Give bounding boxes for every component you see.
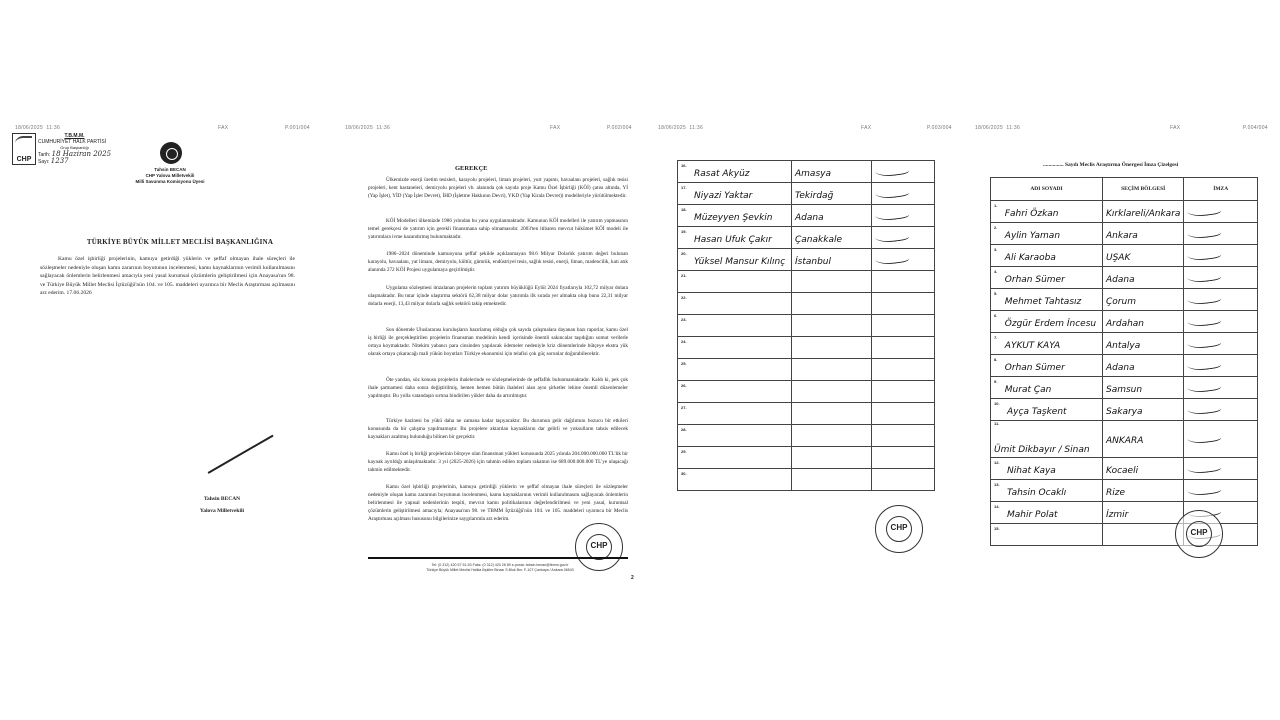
region-cell (792, 337, 872, 359)
name-cell: 28. (678, 425, 792, 447)
table-row: 19. Hasan Ufuk ÇakırÇanakkale (678, 227, 935, 249)
fax-header-left: 18/06/2025 11:36 (15, 125, 60, 131)
handwritten-region: Tekirdağ (795, 191, 833, 201)
row-number: 12. (994, 458, 1000, 465)
registry-stamp: T.B.M.M. CUMHURİYET HALK PARTİSİ Grup Ba… (38, 133, 111, 165)
name-cell: 23. (678, 315, 792, 337)
fax-header-page: P.001/004 (285, 125, 310, 131)
table-row: 11. Ümit Dikbayır / SinanANKARA (991, 421, 1258, 458)
row-number: 30. (681, 469, 687, 476)
chp-group-stamp: CHP (1175, 510, 1223, 558)
region-cell: Kocaeli (1103, 458, 1184, 480)
signature-cell (872, 183, 935, 205)
signature-cell (872, 359, 935, 381)
signature-cell (872, 293, 935, 315)
name-cell: 4. Orhan Sümer (991, 267, 1103, 289)
name-cell: 11. Ümit Dikbayır / Sinan (991, 421, 1103, 458)
signature-table: ADI SOYADI SEÇİM BÖLGESİ İMZA 1. Fahri Ö… (990, 177, 1258, 546)
region-cell: ANKARA (1103, 421, 1184, 458)
handwritten-name: Fahri Özkan (1005, 209, 1059, 219)
handwritten-name: Ümit Dikbayır / Sinan (994, 445, 1090, 455)
paragraph: 1986–2024 döneminde kamuoyuna şeffaf şek… (368, 251, 628, 275)
handwritten-name: Özgür Erdem İncesu (1005, 319, 1096, 329)
region-cell: Adana (1103, 267, 1184, 289)
handwritten-region: Adana (1106, 275, 1135, 285)
name-cell: 17. Niyazi Yaktar (678, 183, 792, 205)
handwritten-region: Çorum (1106, 297, 1136, 307)
handwritten-name: Murat Çan (1005, 385, 1052, 395)
handwritten-name: Yüksel Mansur Kılınç (694, 257, 785, 267)
table-row: 25. (678, 359, 935, 381)
signature-scribble (874, 228, 909, 244)
paragraph: KÖİ Modelleri ülkemizde 1986 yılından bu… (368, 218, 628, 242)
handwritten-region: UŞAK (1106, 253, 1130, 263)
signature-scribble (874, 184, 909, 200)
row-number: 15. (994, 524, 1000, 531)
row-number: 1. (994, 201, 997, 208)
region-cell: Samsun (1103, 377, 1184, 399)
row-number: 2. (994, 223, 997, 230)
table-row: 3. Ali KaraobaUŞAK (991, 245, 1258, 267)
table-row: 8. Orhan SümerAdana (991, 355, 1258, 377)
signature-scribble (1187, 481, 1222, 497)
fax-header-left: 18/06/2025 11:36 (975, 125, 1020, 131)
row-number: 17. (681, 183, 687, 190)
row-number: 13. (994, 480, 1000, 487)
handwritten-name: Mahir Polat (1007, 510, 1058, 520)
name-cell: 22. (678, 293, 792, 315)
name-cell: 9. Murat Çan (991, 377, 1103, 399)
tbmm-seal-icon (160, 142, 182, 164)
name-cell: 24. (678, 337, 792, 359)
signature-scribble (1187, 224, 1222, 240)
region-cell: UŞAK (1103, 245, 1184, 267)
fax-header-page: P.003/004 (927, 125, 952, 131)
signature-cell (1184, 399, 1258, 421)
name-cell: 7. AYKUT KAYA (991, 333, 1103, 355)
handwritten-name: AYKUT KAYA (1005, 341, 1060, 351)
table-row: 22. (678, 293, 935, 315)
signature-cell (1184, 201, 1258, 223)
name-cell: 20. Yüksel Mansur Kılınç (678, 249, 792, 271)
signature-cell (1184, 245, 1258, 267)
signature-cell (872, 315, 935, 337)
name-cell: 30. (678, 469, 792, 491)
region-cell: Kırklareli/Ankara (1103, 201, 1184, 223)
letter-title: TÜRKİYE BÜYÜK MİLLET MECLİSİ BAŞKANLIĞIN… (55, 238, 305, 246)
name-cell: 12. Nihat Kaya (991, 458, 1103, 480)
signature-scribble (874, 250, 909, 266)
name-cell: 6. Özgür Erdem İncesu (991, 311, 1103, 333)
signature-scribble (1187, 202, 1222, 218)
paragraph: Kamu özel işbirliği projelerinin, kamuya… (368, 484, 628, 524)
handwritten-name: Orhan Sümer (1005, 275, 1065, 285)
table-row: 20. Yüksel Mansur Kılınçİstanbul (678, 249, 935, 271)
region-cell (792, 403, 872, 425)
name-cell: 18. Müzeyyen Şevkin (678, 205, 792, 227)
row-number: 20. (681, 249, 687, 256)
fax-header-mid: FAX (1170, 125, 1180, 131)
handwritten-name: Hasan Ufuk Çakır (694, 235, 772, 245)
paragraph: Son dönemde Uluslararası kuruluşların ha… (368, 327, 628, 359)
table-row: 7. AYKUT KAYAAntalya (991, 333, 1258, 355)
page-number: 2 (631, 575, 634, 581)
name-cell: 27. (678, 403, 792, 425)
signature-table: 16. Rasat AkyüzAmasya17. Niyazi YaktarTe… (677, 160, 935, 491)
signature-cell (872, 425, 935, 447)
name-cell: 19. Hasan Ufuk Çakır (678, 227, 792, 249)
table-row: 26. (678, 381, 935, 403)
page-1-cover-letter: 18/06/2025 11:36 FAX P.001/004 CHP T.B.M… (0, 115, 330, 595)
name-cell: 3. Ali Karaoba (991, 245, 1103, 267)
signer-block: Tahsin BECAN Yalova Milletvekili (192, 493, 252, 517)
table-row: 30. (678, 469, 935, 491)
page-3-signature-sheet: 18/06/2025 11:36 FAX P.003/004 16. Rasat… (655, 115, 975, 595)
table-row: 6. Özgür Erdem İncesuArdahan (991, 311, 1258, 333)
row-number: 18. (681, 205, 687, 212)
name-cell: 14. Mahir Polat (991, 502, 1103, 524)
name-cell: 29. (678, 447, 792, 469)
signature-cell (1184, 355, 1258, 377)
handwritten-region: Samsun (1106, 385, 1142, 395)
signature-cell (1184, 480, 1258, 502)
row-number: 5. (994, 289, 997, 296)
region-cell: Amasya (792, 161, 872, 183)
signature-cell (1184, 458, 1258, 480)
handwritten-name: Nihat Kaya (1007, 466, 1056, 476)
name-cell: 16. Rasat Akyüz (678, 161, 792, 183)
signature-cell (872, 403, 935, 425)
row-number: 6. (994, 311, 997, 318)
row-number: 8. (994, 355, 997, 362)
handwritten-region: Amasya (795, 169, 831, 179)
table-row: 28. (678, 425, 935, 447)
row-number: 4. (994, 267, 997, 274)
row-number: 25. (681, 359, 687, 366)
paragraph: Kamu özel iş birliği projelerinin bütçey… (368, 451, 628, 475)
handwritten-region: İstanbul (795, 257, 831, 267)
row-number: 10. (994, 399, 1000, 406)
row-number: 11. (994, 419, 999, 426)
handwritten-region: Sakarya (1106, 407, 1143, 417)
handwritten-region: Antalya (1106, 341, 1140, 351)
name-cell: 5. Mehmet Tahtasız (991, 289, 1103, 311)
handwritten-region: Ankara (1106, 231, 1138, 241)
region-cell: Sakarya (1103, 399, 1184, 421)
region-cell (1103, 524, 1184, 546)
region-cell (792, 315, 872, 337)
region-cell: Çorum (1103, 289, 1184, 311)
region-cell (792, 359, 872, 381)
row-number: 29. (681, 447, 687, 454)
signature-scribble (1187, 400, 1222, 416)
signature-scribble (874, 206, 909, 222)
region-cell: Adana (792, 205, 872, 227)
table-row: 29. (678, 447, 935, 469)
signature-cell (872, 161, 935, 183)
table-row: 5. Mehmet TahtasızÇorum (991, 289, 1258, 311)
handwritten-region: Adana (1106, 363, 1135, 373)
signature-cell (872, 249, 935, 271)
row-number: 14. (994, 502, 1000, 509)
fax-header-mid: FAX (218, 125, 228, 131)
region-cell (792, 447, 872, 469)
page-footer: Tel: (0 312) 420 57 51-53 Faks: (0 312) … (375, 563, 625, 573)
region-cell (792, 293, 872, 315)
row-number: 27. (681, 403, 687, 410)
chp-group-stamp: CHP (875, 505, 923, 553)
signature-scribble (1187, 268, 1222, 284)
column-header-region: SEÇİM BÖLGESİ (1103, 178, 1184, 201)
signature-cell (1184, 289, 1258, 311)
row-number: 26. (681, 381, 687, 388)
signature-cell (1184, 421, 1258, 458)
paragraph: Öte yandan, söz konusu projelerin ihalel… (368, 377, 628, 401)
name-cell: 25. (678, 359, 792, 381)
signature-scribble (1187, 356, 1222, 372)
signature-cell (1184, 333, 1258, 355)
table-row: 24. (678, 337, 935, 359)
handwritten-name: Tahsin Ocaklı (1007, 488, 1066, 498)
signature-scribble (874, 162, 909, 178)
handwritten-region: ANKARA (1106, 436, 1143, 446)
fax-header-mid: FAX (550, 125, 560, 131)
fax-header-left: 18/06/2025 11:36 (345, 125, 390, 131)
name-cell: 1. Fahri Özkan (991, 201, 1103, 223)
handwritten-region: Kocaeli (1106, 466, 1138, 476)
region-cell: İstanbul (792, 249, 872, 271)
handwritten-region: Adana (795, 213, 824, 223)
region-cell (792, 271, 872, 293)
fax-header-page: P.004/004 (1243, 125, 1268, 131)
row-number: 7. (994, 333, 997, 340)
fax-header-mid: FAX (861, 125, 871, 131)
handwritten-region: Kırklareli/Ankara (1106, 209, 1180, 219)
row-number: 3. (994, 245, 997, 252)
table-row: 13. Tahsin OcaklıRize (991, 480, 1258, 502)
handwritten-name: Aylin Yaman (1005, 231, 1060, 241)
name-cell: 21. (678, 271, 792, 293)
table-row: 21. (678, 271, 935, 293)
table-row: 17. Niyazi YaktarTekirdağ (678, 183, 935, 205)
name-cell: 13. Tahsin Ocaklı (991, 480, 1103, 502)
row-number: 19. (681, 227, 687, 234)
six-arrows-icon (15, 136, 32, 151)
handwritten-name: Niyazi Yaktar (694, 191, 752, 201)
row-number: 24. (681, 337, 687, 344)
footer-divider (368, 557, 628, 559)
handwritten-name: Mehmet Tahtasız (1005, 297, 1081, 307)
handwritten-region: Ardahan (1106, 319, 1144, 329)
signature-cell (872, 381, 935, 403)
region-cell: Adana (1103, 355, 1184, 377)
page-2-rationale: 18/06/2025 11:36 FAX P.002/004 GEREKÇE Ü… (335, 115, 655, 595)
fax-header-page: P.002/004 (607, 125, 632, 131)
table-row: 27. (678, 403, 935, 425)
handwritten-name: Orhan Sümer (1005, 363, 1065, 373)
signature-sheet-title: ............... Sayılı Meclis Araştırma … (1043, 162, 1178, 168)
region-cell: Rize (1103, 480, 1184, 502)
signature-cell (872, 447, 935, 469)
row-number: 23. (681, 315, 687, 322)
name-cell: 10. Ayça Taşkent (991, 399, 1103, 421)
signature-scribble (1187, 334, 1222, 350)
signature-scribble (1187, 312, 1222, 328)
signature-scribble (1187, 246, 1222, 262)
row-number: 21. (681, 271, 687, 278)
column-header-name: ADI SOYADI (991, 178, 1103, 201)
region-cell: Tekirdağ (792, 183, 872, 205)
region-cell: Antalya (1103, 333, 1184, 355)
signature-cell (872, 271, 935, 293)
signature-cell (872, 469, 935, 491)
column-header-signature: İMZA (1184, 178, 1258, 201)
handwritten-name: Ali Karaoba (1005, 253, 1056, 263)
row-number: 22. (681, 293, 687, 300)
region-cell: Ankara (1103, 223, 1184, 245)
region-cell: İzmir (1103, 502, 1184, 524)
signature-scribble (1187, 290, 1222, 306)
chp-logo: CHP (12, 133, 36, 165)
signature-scribble (208, 435, 274, 474)
signature-scribble (1187, 459, 1222, 475)
mp-info: Tahsin BECAN CHP Yalova Milletvekili Mil… (105, 167, 235, 185)
row-number: 28. (681, 425, 687, 432)
signature-cell (1184, 223, 1258, 245)
handwritten-name: Rasat Akyüz (694, 169, 750, 179)
name-cell: 26. (678, 381, 792, 403)
table-row: 23. (678, 315, 935, 337)
region-cell: Ardahan (1103, 311, 1184, 333)
table-row: 4. Orhan SümerAdana (991, 267, 1258, 289)
handwritten-name: Müzeyyen Şevkin (694, 213, 772, 223)
paragraph: Türkiye hazinesi bu yükü daha ne zamana … (368, 418, 628, 442)
signature-cell (872, 205, 935, 227)
paragraph: Uygulama sözleşmesi imzalanan projelerin… (368, 285, 628, 309)
name-cell: 2. Aylin Yaman (991, 223, 1103, 245)
letter-body: Kamu özel işbirliği projelerinin, kamuya… (40, 255, 295, 298)
signature-cell (1184, 311, 1258, 333)
signature-scribble (1187, 430, 1222, 446)
table-row: 10. Ayça TaşkentSakarya (991, 399, 1258, 421)
page-4-signature-sheet: 18/06/2025 11:36 FAX P.004/004 .........… (975, 115, 1280, 595)
table-row: 18. Müzeyyen ŞevkinAdana (678, 205, 935, 227)
handwritten-region: İzmir (1106, 510, 1128, 520)
signature-scribble (1187, 378, 1222, 394)
row-number: 9. (994, 377, 997, 384)
handwritten-name: Ayça Taşkent (1007, 407, 1067, 417)
signature-cell (1184, 377, 1258, 399)
handwritten-region: Çanakkale (795, 235, 842, 245)
table-row: 1. Fahri ÖzkanKırklareli/Ankara (991, 201, 1258, 223)
signature-cell (872, 227, 935, 249)
region-cell (792, 425, 872, 447)
region-cell (792, 469, 872, 491)
fax-header-left: 18/06/2025 11:36 (658, 125, 703, 131)
table-row: 2. Aylin YamanAnkara (991, 223, 1258, 245)
region-cell: Çanakkale (792, 227, 872, 249)
signature-cell (1184, 267, 1258, 289)
paragraph: Ülkemizde enerji üretim tesisleri, karay… (368, 177, 628, 201)
signature-cell (872, 337, 935, 359)
handwritten-region: Rize (1106, 488, 1125, 498)
section-heading: GEREKÇE (455, 165, 488, 172)
row-number: 16. (681, 161, 687, 168)
region-cell (792, 381, 872, 403)
name-cell: 15. (991, 524, 1103, 546)
name-cell: 8. Orhan Sümer (991, 355, 1103, 377)
table-row: 12. Nihat KayaKocaeli (991, 458, 1258, 480)
table-row: 16. Rasat AkyüzAmasya (678, 161, 935, 183)
table-row: 9. Murat ÇanSamsun (991, 377, 1258, 399)
